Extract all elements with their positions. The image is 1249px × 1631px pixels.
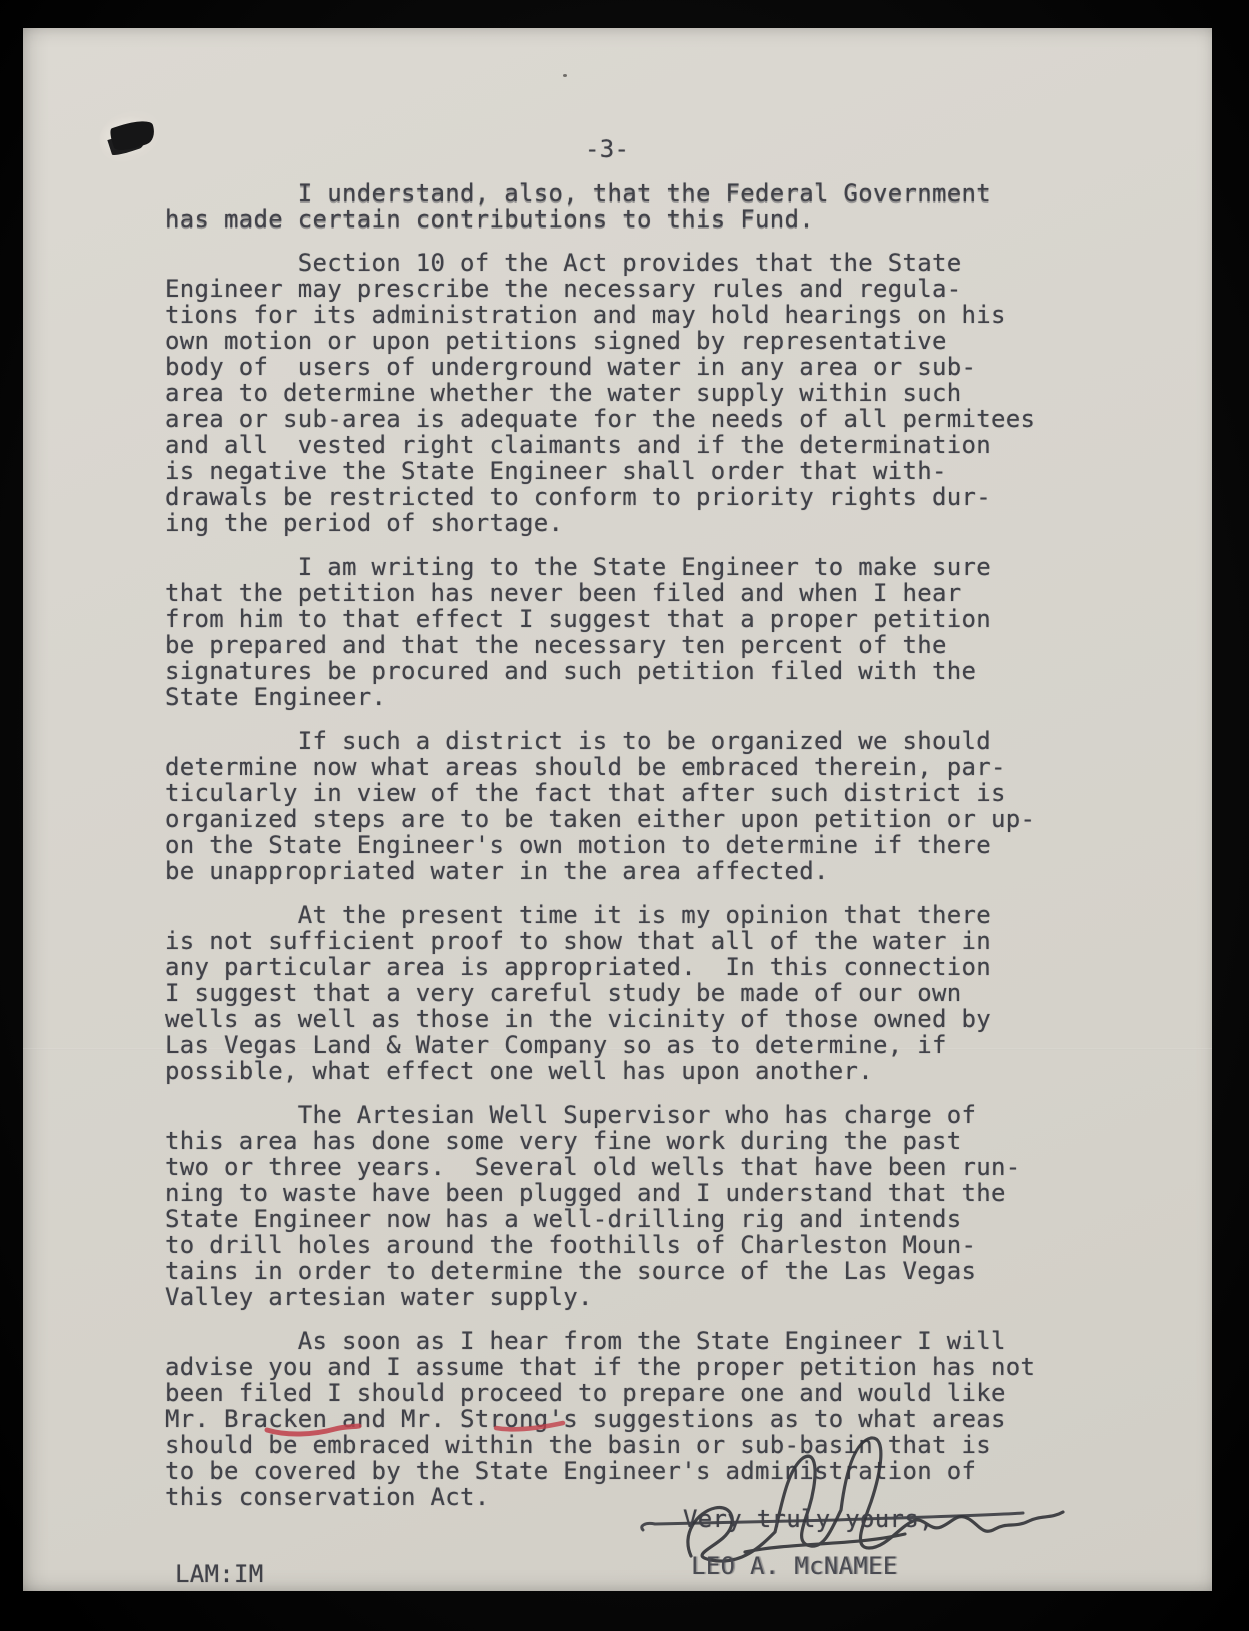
paragraph-1: I understand, also, that the Federal Gov… [165,180,1105,232]
closing-text: Very truly yours, [683,1505,934,1533]
paragraph-6: The Artesian Well Supervisor who has cha… [165,1102,1105,1310]
paragraph-2: Section 10 of the Act provides that the … [165,250,1105,536]
typist-reference: LAM:IM [175,1560,264,1588]
paragraph-4: If such a district is to be organized we… [165,728,1105,884]
paragraph-3: I am writing to the State Engineer to ma… [165,554,1105,710]
letter-body: I understand, also, that the Federal Gov… [165,180,1105,1528]
scan-background: -3- I understand, also, that the Federal… [0,0,1249,1631]
typed-signature-name: LEO A. McNAMEE [691,1552,898,1580]
ink-speck [563,74,567,77]
paragraph-5: At the present time it is my opinion tha… [165,902,1105,1084]
letter-page: -3- I understand, also, that the Federal… [23,28,1212,1591]
paragraph-7: As soon as I hear from the State Enginee… [165,1328,1105,1510]
page-number: -3- [585,135,629,163]
